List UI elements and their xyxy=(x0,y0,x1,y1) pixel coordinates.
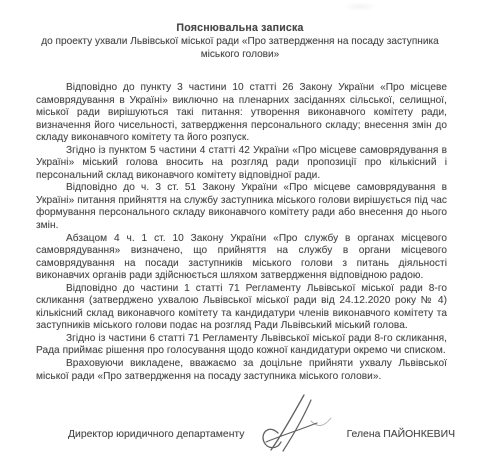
paragraph-3: Відповідно до ч. 3 ст. 51 Закону України… xyxy=(36,182,447,232)
paragraph-5: Відповідно до частини 1 статті 71 Реглам… xyxy=(36,283,447,333)
document-title: Пояснювальна записка xyxy=(0,22,480,34)
paragraph-4: Абзацом 4 ч. 1 ст. 10 Закону України «Пр… xyxy=(36,233,447,283)
document-page: Пояснювальна записка до проекту ухвали Л… xyxy=(0,0,480,467)
paragraph-2: Згідно із пунктом 5 частини 4 статті 42 … xyxy=(36,145,447,183)
signature-position-label: Директор юридичного департаменту xyxy=(68,429,245,453)
paragraph-1: Відповідно до пункту 3 частини 10 статті… xyxy=(36,82,447,145)
signature-row: Директор юридичного департаменту Гелена … xyxy=(36,391,455,453)
document-body: Відповідно до пункту 3 частини 10 статті… xyxy=(36,82,447,383)
scan-artifact xyxy=(343,2,377,11)
signature-name: Гелена ПАЙОНКЕВИЧ xyxy=(347,429,455,453)
paragraph-6: Згідно із частини 6 статті 71 Регламенту… xyxy=(36,333,447,358)
document-subtitle: до проекту ухвали Львівської міської рад… xyxy=(39,35,441,61)
paragraph-7: Враховуючи викладене, вважаємо за доціль… xyxy=(36,358,447,383)
signature-icon xyxy=(257,391,335,453)
